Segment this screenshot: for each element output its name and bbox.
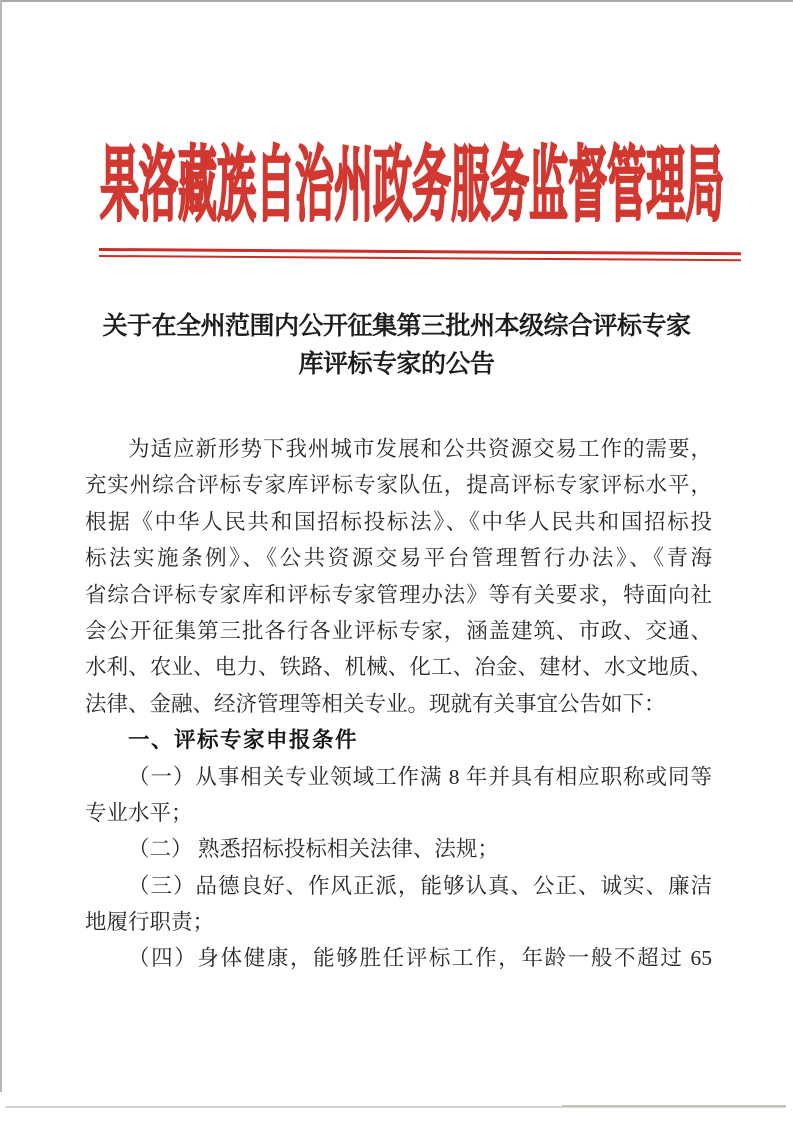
- letterhead-char-14: 理: [646, 146, 685, 228]
- page-scan-edge-bottom-shadow: [562, 1105, 786, 1107]
- letterhead-char-1: 洛: [139, 146, 178, 228]
- body-line-14: 地履行职责；: [85, 904, 712, 940]
- document-title-line-2: 库评标专家的公告: [0, 346, 793, 384]
- letterhead-char-4: 自: [256, 146, 295, 228]
- letterhead-char-10: 务: [490, 146, 529, 228]
- body-line-7: 水利、农业、电力、铁路、机械、化工、冶金、建材、水文地质、: [85, 649, 712, 685]
- letterhead-char-3: 族: [217, 146, 256, 228]
- body-line-13: （三）品德良好、作风正派，能够认真、公正、诚实、廉洁: [85, 868, 712, 904]
- page-scan-edge-left: [0, 0, 2, 1092]
- letterhead-char-11: 监: [529, 146, 568, 228]
- body-line-8: 法律、金融、经济管理等相关专业。现就有关事宜公告如下：: [85, 686, 712, 722]
- body-line-4: 标法实施条例》、《公共资源交易平台管理暂行办法》、《青海: [85, 540, 712, 576]
- body-line-1: 为适应新形势下我州城市发展和公共资源交易工作的需要，: [85, 431, 712, 467]
- letterhead-char-0: 果: [100, 146, 139, 228]
- document-title: 关于在全州范围内公开征集第三批州本级综合评标专家 库评标专家的公告: [0, 308, 793, 384]
- letterhead-char-5: 治: [295, 146, 334, 228]
- letterhead-char-6: 州: [334, 146, 373, 228]
- letterhead-separator-double-line: [99, 248, 741, 262]
- body-line-3: 根据《中华人民共和国招标投标法》、《中华人民共和国招标投: [85, 504, 712, 540]
- body-line-11: 专业水平；: [85, 795, 712, 831]
- body-line-2: 充实州综合评标专家库评标专家队伍，提高评标专家评标水平，: [85, 467, 712, 503]
- letterhead-char-13: 管: [607, 146, 646, 228]
- body-line-5: 省综合评标专家库和评标专家管理办法》等有关要求，特面向社: [85, 577, 712, 613]
- body-line-10: （一）从事相关专业领域工作满 8 年并具有相应职称或同等: [85, 759, 712, 795]
- body-line-15: （四）身体健康，能够胜任评标工作，年龄一般不超过 65: [85, 940, 712, 976]
- page-scan-edge-top: [0, 0, 793, 2]
- body-line-6: 会公开征集第三批各行各业评标专家，涵盖建筑、市政、交通、: [85, 613, 712, 649]
- document-title-line-1: 关于在全州范围内公开征集第三批州本级综合评标专家: [0, 308, 793, 346]
- body-line-12: （二） 熟悉招标投标相关法律、法规；: [85, 831, 712, 867]
- document-body: 为适应新形势下我州城市发展和公共资源交易工作的需要，充实州综合评标专家库评标专家…: [85, 431, 712, 977]
- letterhead-char-9: 服: [451, 146, 490, 228]
- letterhead-org-name: 果洛藏族自治州政务服务监督管理局: [100, 146, 724, 228]
- letterhead-char-7: 政: [373, 146, 412, 228]
- letterhead-char-2: 藏: [178, 146, 217, 228]
- letterhead-char-15: 局: [685, 146, 724, 228]
- scanned-document-page: 果洛藏族自治州政务服务监督管理局 关于在全州范围内公开征集第三批州本级综合评标专…: [0, 0, 793, 1121]
- letterhead-char-8: 务: [412, 146, 451, 228]
- letterhead-char-12: 督: [568, 146, 607, 228]
- body-section-heading: 一、评标专家申报条件: [85, 722, 712, 758]
